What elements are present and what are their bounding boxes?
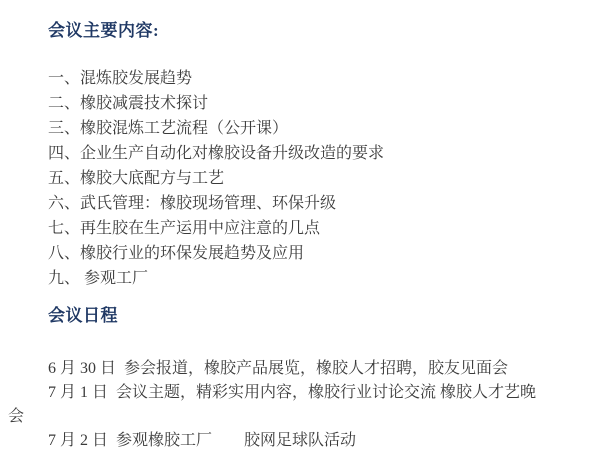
agenda-item-1: 一、混炼胶发展趋势 — [48, 66, 550, 91]
schedule-line-jun30: 6 月 30 日 参会报道，橡胶产品展览，橡胶人才招聘，胶友见面会 — [8, 357, 550, 381]
schedule-list: 6 月 30 日 参会报道，橡胶产品展览，橡胶人才招聘，胶友见面会 7 月 1 … — [8, 357, 550, 449]
schedule-line-jul2: 7 月 2 日 参观橡胶工厂 胶网足球队活动 — [8, 429, 550, 449]
agenda-item-2: 二、橡胶减震技术探讨 — [48, 91, 550, 116]
heading-main-content: 会议主要内容: — [48, 20, 550, 42]
agenda-list: 一、混炼胶发展趋势 二、橡胶减震技术探讨 三、橡胶混炼工艺流程（公开课） 四、企… — [8, 66, 550, 291]
agenda-item-3: 三、橡胶混炼工艺流程（公开课） — [48, 116, 550, 141]
agenda-item-6: 六、武氏管理：橡胶现场管理、环保升级 — [48, 191, 550, 216]
agenda-item-4: 四、企业生产自动化对橡胶设备升级改造的要求 — [48, 141, 550, 166]
agenda-item-9: 九、 参观工厂 — [48, 266, 550, 291]
document-body: 会议主要内容: 一、混炼胶发展趋势 二、橡胶减震技术探讨 三、橡胶混炼工艺流程（… — [0, 0, 595, 449]
agenda-item-7: 七、再生胶在生产运用中应注意的几点 — [48, 216, 550, 241]
document-page: 会议主要内容: 一、混炼胶发展趋势 二、橡胶减震技术探讨 三、橡胶混炼工艺流程（… — [0, 0, 595, 449]
schedule-line-jul1: 7 月 1 日 会议主题，精彩实用内容，橡胶行业讨论交流 橡胶人才艺晚会 — [8, 381, 550, 429]
heading-schedule: 会议日程 — [48, 305, 550, 327]
agenda-item-5: 五、橡胶大底配方与工艺 — [48, 166, 550, 191]
agenda-item-8: 八、橡胶行业的环保发展趋势及应用 — [48, 241, 550, 266]
